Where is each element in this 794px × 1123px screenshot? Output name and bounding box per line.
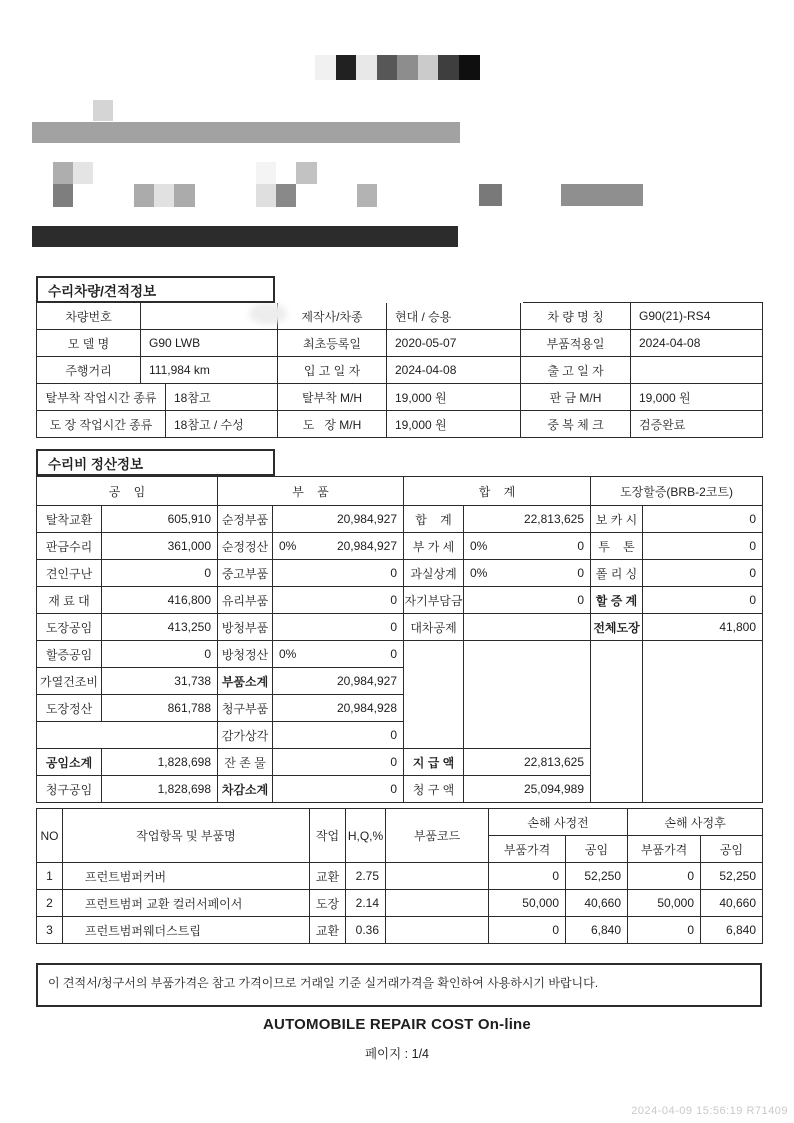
after-part-price-header: 부품가격 xyxy=(628,836,701,863)
paint-time-type-label: 도 장 작업시간 종류 xyxy=(37,411,166,438)
vehicle-section-title-label: 수리차량/견적정보 xyxy=(48,280,156,300)
surcharge-blank-cell xyxy=(643,641,763,803)
parts-value: 0 xyxy=(273,560,404,587)
redacted-block xyxy=(377,55,397,80)
model-value: G90 LWB xyxy=(141,330,278,357)
labor-value: 31,738 xyxy=(102,668,218,695)
amount: 0 xyxy=(390,620,397,634)
mileage-label: 주행거리 xyxy=(37,357,141,384)
document-page: 수리차량/견적정보 차량번호 제작사/차종 현대 / 승용 차 량 명 칭 G9… xyxy=(0,0,794,1123)
first-reg-label: 최초등록일 xyxy=(278,330,387,357)
redacted-block xyxy=(249,303,287,324)
item-part-code xyxy=(386,917,489,944)
redacted-block xyxy=(356,55,377,80)
after-assessment-header: 손해 사정후 xyxy=(628,809,763,836)
redacted-block xyxy=(357,184,377,207)
item-work: 도장 xyxy=(310,890,346,917)
rr-time-type-value: 18참고 xyxy=(166,384,278,411)
surcharge-value: 0 xyxy=(643,533,763,560)
settlement-section-title: 수리비 정산정보 xyxy=(36,449,275,476)
parts-label: 순정정산 xyxy=(218,533,273,560)
settlement-table: 공 임 부 품 합 계 도장할증(BRB-2코트) 탈착교환 605,910 순… xyxy=(36,476,763,803)
deduction-subtotal-value: 0 xyxy=(273,776,404,803)
vehicle-name-label: 차 량 명 칭 xyxy=(521,303,631,330)
redacted-block xyxy=(134,184,154,207)
col-item-header: 작업항목 및 부품명 xyxy=(63,809,310,863)
table-row: 탈부착 작업시간 종류 18참고 탈부착 M/H 19,000 원 판 금 M/… xyxy=(37,384,763,411)
item-work: 교환 xyxy=(310,917,346,944)
redacted-block xyxy=(459,55,480,80)
total-label: 대차공제 xyxy=(404,614,464,641)
timestamp: 2024-04-09 15:56:19 R71409 xyxy=(631,1105,788,1117)
work-items-table: NO 작업항목 및 부품명 작업 H,Q,% 부품코드 손해 사정전 손해 사정… xyxy=(36,808,763,944)
col-work-header: 작업 xyxy=(310,809,346,863)
claim-value: 25,094,989 xyxy=(464,776,591,803)
paint-mh-value: 19,000 원 xyxy=(387,411,521,438)
parts-label: 잔 존 물 xyxy=(218,749,273,776)
pct-amount: 0 xyxy=(273,755,403,769)
table-row: 도 장 작업시간 종류 18참고 / 수성 도 장 M/H 19,000 원 중… xyxy=(37,411,763,438)
total-value: 22,813,625 xyxy=(464,506,591,533)
sheetmetal-mh-value: 19,000 원 xyxy=(631,384,763,411)
vehicle-section-title: 수리차량/견적정보 xyxy=(36,276,275,303)
total-label: 합 계 xyxy=(404,506,464,533)
in-date-label: 입 고 일 자 xyxy=(278,357,387,384)
maker-type-value: 현대 / 승용 xyxy=(387,303,521,330)
before-assessment-header: 손해 사정전 xyxy=(489,809,628,836)
before-labor: 40,660 xyxy=(566,890,628,917)
item-name: 프런트범퍼커버 xyxy=(63,863,310,890)
pct: 0% xyxy=(279,539,296,553)
redacted-block xyxy=(93,100,113,121)
labor-value: 0 xyxy=(102,560,218,587)
document-title: AUTOMOBILE REPAIR COST On-line xyxy=(0,1016,794,1033)
labor-label: 견인구난 xyxy=(37,560,102,587)
labor-label: 가열건조비 xyxy=(37,668,102,695)
model-label: 모 델 명 xyxy=(37,330,141,357)
labor-label: 재 료 대 xyxy=(37,587,102,614)
redacted-block xyxy=(256,184,276,207)
parts-apply-value: 2024-04-08 xyxy=(631,330,763,357)
item-name: 프런트범퍼웨더스트립 xyxy=(63,917,310,944)
labor-value: 413,250 xyxy=(102,614,218,641)
before-part-price: 0 xyxy=(489,917,566,944)
item-part-code xyxy=(386,890,489,917)
rr-mh-label: 탈부착 M/H xyxy=(278,384,387,411)
surcharge-subtotal-value: 0 xyxy=(643,587,763,614)
parts-label: 유리부품 xyxy=(218,587,273,614)
before-part-price-header: 부품가격 xyxy=(489,836,566,863)
parts-value: 0%20,984,927 xyxy=(273,533,404,560)
redacted-block xyxy=(438,55,459,80)
parts-value: 0%0 xyxy=(273,641,404,668)
labor-label: 할증공임 xyxy=(37,641,102,668)
amount: 20,984,928 xyxy=(337,701,397,715)
amount: 0 xyxy=(390,728,397,742)
table-row: 재 료 대 416,800 유리부품 0 자기부담금 0 할 증 계 0 xyxy=(37,587,763,614)
pct-amount: 0 xyxy=(273,566,403,580)
rr-mh-value: 19,000 원 xyxy=(387,384,521,411)
surcharge-value: 0 xyxy=(643,560,763,587)
pct: 0% xyxy=(470,566,487,580)
total-value: 0%0 xyxy=(464,560,591,587)
labor-label: 판금수리 xyxy=(37,533,102,560)
labor-label: 탈착교환 xyxy=(37,506,102,533)
table-row: 탈착교환 605,910 순정부품 20,984,927 합 계 22,813,… xyxy=(37,506,763,533)
redacted-block xyxy=(174,184,195,207)
item-hq: 2.75 xyxy=(346,863,386,890)
parts-label: 방청정산 xyxy=(218,641,273,668)
pct-amount: 0%0 xyxy=(464,566,590,580)
after-labor: 52,250 xyxy=(701,863,763,890)
group-labor-header: 공 임 xyxy=(37,477,218,506)
in-date-value: 2024-04-08 xyxy=(387,357,521,384)
surcharge-label: 보 카 시 xyxy=(591,506,643,533)
table-row: 모 델 명 G90 LWB 최초등록일 2020-05-07 부품적용일 202… xyxy=(37,330,763,357)
work-item-row: 2 프런트범퍼 교환 컬러서페이서 도장 2.14 50,000 40,660 … xyxy=(37,890,763,917)
parts-value: 0 xyxy=(273,614,404,641)
parts-subtotal-label: 부품소계 xyxy=(218,668,273,695)
labor-value: 861,788 xyxy=(102,695,218,722)
total-blank-cell xyxy=(404,641,464,749)
paint-mh-label: 도 장 M/H xyxy=(278,411,387,438)
after-labor: 40,660 xyxy=(701,890,763,917)
labor-subtotal-value: 1,828,698 xyxy=(102,749,218,776)
work-header-row: NO 작업항목 및 부품명 작업 H,Q,% 부품코드 손해 사정전 손해 사정… xyxy=(37,809,763,836)
after-part-price: 50,000 xyxy=(628,890,701,917)
rr-time-type-label: 탈부착 작업시간 종류 xyxy=(37,384,166,411)
pct-amount: 22,813,625 xyxy=(464,512,590,526)
labor-blank-cell xyxy=(37,722,218,749)
amount: 0 xyxy=(390,647,397,661)
pct-amount: 0 xyxy=(273,620,403,634)
item-hq: 0.36 xyxy=(346,917,386,944)
parts-apply-label: 부품적용일 xyxy=(521,330,631,357)
labor-subtotal-label: 공임소계 xyxy=(37,749,102,776)
labor-value: 361,000 xyxy=(102,533,218,560)
surcharge-label: 투 톤 xyxy=(591,533,643,560)
mileage-value: 111,984 km xyxy=(141,357,278,384)
pct-amount: 20,984,928 xyxy=(273,701,403,715)
after-part-price: 0 xyxy=(628,863,701,890)
notice-text: 이 견적서/청구서의 부품가격은 참고 가격이므로 거래일 기준 실거래가격을 … xyxy=(48,976,598,990)
redacted-block xyxy=(418,55,438,80)
col-partcode-header: 부품코드 xyxy=(386,809,489,863)
redacted-block xyxy=(276,184,296,207)
amount: 22,813,625 xyxy=(524,512,584,526)
before-labor: 6,840 xyxy=(566,917,628,944)
dup-check-value: 검증완료 xyxy=(631,411,763,438)
redacted-block xyxy=(336,55,356,80)
redacted-block xyxy=(277,294,523,303)
amount: 0 xyxy=(577,539,584,553)
redacted-block xyxy=(154,184,174,207)
table-row: 도장공임 413,250 방청부품 0 대차공제 전체도장 41,800 xyxy=(37,614,763,641)
table-row: 주행거리 111,984 km 입 고 일 자 2024-04-08 출 고 일… xyxy=(37,357,763,384)
maker-type-label: 제작사/차종 xyxy=(278,303,387,330)
item-no: 1 xyxy=(37,863,63,890)
surcharge-value: 0 xyxy=(643,506,763,533)
total-blank-cell xyxy=(464,641,591,749)
sheetmetal-mh-label: 판 금 M/H xyxy=(521,384,631,411)
pct-amount: 0 xyxy=(273,782,403,796)
redacted-block xyxy=(32,226,458,247)
before-part-price: 50,000 xyxy=(489,890,566,917)
amount: 0 xyxy=(390,755,397,769)
amount: 0 xyxy=(577,593,584,607)
first-reg-value: 2020-05-07 xyxy=(387,330,521,357)
parts-label: 순정부품 xyxy=(218,506,273,533)
group-total-header: 합 계 xyxy=(404,477,591,506)
settlement-section-title-label: 수리비 정산정보 xyxy=(48,453,143,473)
amount: 20,984,927 xyxy=(337,539,397,553)
amount: 0 xyxy=(390,782,397,796)
item-part-code xyxy=(386,863,489,890)
parts-value: 20,984,927 xyxy=(273,506,404,533)
labor-value: 1,828,698 xyxy=(102,776,218,803)
amount: 0 xyxy=(390,593,397,607)
vehicle-name-value: G90(21)-RS4 xyxy=(631,303,763,330)
group-surcharge-header: 도장할증(BRB-2코트) xyxy=(591,477,763,506)
amount: 20,984,927 xyxy=(337,512,397,526)
col-no-header: NO xyxy=(37,809,63,863)
pct-amount: 0%0 xyxy=(273,647,403,661)
table-row: 할증공임 0 방청정산 0%0 xyxy=(37,641,763,668)
after-labor-header: 공임 xyxy=(701,836,763,863)
labor-label: 도장공임 xyxy=(37,614,102,641)
pct: 0% xyxy=(470,539,487,553)
labor-label: 청구공임 xyxy=(37,776,102,803)
pct-amount: 0 xyxy=(273,728,403,742)
parts-label: 방청부품 xyxy=(218,614,273,641)
pct: 0% xyxy=(279,647,296,661)
col-hq-header: H,Q,% xyxy=(346,809,386,863)
parts-value: 20,984,928 xyxy=(273,695,404,722)
before-labor-header: 공임 xyxy=(566,836,628,863)
item-work: 교환 xyxy=(310,863,346,890)
total-value: 0 xyxy=(464,587,591,614)
vehicle-no-label: 차량번호 xyxy=(37,303,141,330)
labor-value: 605,910 xyxy=(102,506,218,533)
parts-value: 0 xyxy=(273,722,404,749)
redacted-block xyxy=(53,162,73,184)
work-item-row: 1 프런트범퍼커버 교환 2.75 0 52,250 0 52,250 xyxy=(37,863,763,890)
redacted-block xyxy=(315,55,336,80)
claim-label: 청 구 액 xyxy=(404,776,464,803)
amount: 20,984,927 xyxy=(337,674,397,688)
redacted-block xyxy=(397,55,418,80)
group-parts-header: 부 품 xyxy=(218,477,404,506)
item-no: 3 xyxy=(37,917,63,944)
full-paint-label: 전체도장 xyxy=(591,614,643,641)
pct-amount: 20,984,927 xyxy=(273,512,403,526)
redacted-block xyxy=(561,184,643,206)
redacted-block xyxy=(479,184,502,206)
pct-amount: 0 xyxy=(273,593,403,607)
pct-amount: 20,984,927 xyxy=(273,674,403,688)
parts-label: 중고부품 xyxy=(218,560,273,587)
amount: 0 xyxy=(390,566,397,580)
full-paint-value: 41,800 xyxy=(643,614,763,641)
parts-value: 0 xyxy=(273,749,404,776)
deduction-subtotal-label: 차감소계 xyxy=(218,776,273,803)
work-item-row: 3 프런트범퍼웨더스트립 교환 0.36 0 6,840 0 6,840 xyxy=(37,917,763,944)
out-date-label: 출 고 일 자 xyxy=(521,357,631,384)
item-name: 프런트범퍼 교환 컬러서페이서 xyxy=(63,890,310,917)
pct-amount: 0 xyxy=(464,593,590,607)
parts-value: 0 xyxy=(273,587,404,614)
surcharge-label: 폴 리 싱 xyxy=(591,560,643,587)
paint-time-type-value: 18참고 / 수성 xyxy=(166,411,278,438)
payment-label: 지 급 액 xyxy=(404,749,464,776)
before-labor: 52,250 xyxy=(566,863,628,890)
labor-value: 0 xyxy=(102,641,218,668)
labor-label: 도장정산 xyxy=(37,695,102,722)
item-hq: 2.14 xyxy=(346,890,386,917)
settlement-group-header-row: 공 임 부 품 합 계 도장할증(BRB-2코트) xyxy=(37,477,763,506)
payment-value: 22,813,625 xyxy=(464,749,591,776)
table-row: 견인구난 0 중고부품 0 과실상계 0%0 폴 리 싱 0 xyxy=(37,560,763,587)
parts-label: 청구부품 xyxy=(218,695,273,722)
total-value: 0%0 xyxy=(464,533,591,560)
total-label: 자기부담금 xyxy=(404,587,464,614)
page-number: 페이지 : 1/4 xyxy=(0,1044,794,1062)
notice-box: 이 견적서/청구서의 부품가격은 참고 가격이므로 거래일 기준 실거래가격을 … xyxy=(36,963,762,1007)
labor-value: 416,800 xyxy=(102,587,218,614)
surcharge-blank-cell xyxy=(591,641,643,803)
after-part-price: 0 xyxy=(628,917,701,944)
total-label: 부 가 세 xyxy=(404,533,464,560)
dup-check-label: 중 복 체 크 xyxy=(521,411,631,438)
surcharge-subtotal-label: 할 증 계 xyxy=(591,587,643,614)
redacted-block xyxy=(73,162,93,184)
total-label: 과실상계 xyxy=(404,560,464,587)
after-labor: 6,840 xyxy=(701,917,763,944)
pct-amount: 0%0 xyxy=(464,539,590,553)
table-row: 판금수리 361,000 순정정산 0%20,984,927 부 가 세 0%0… xyxy=(37,533,763,560)
before-part-price: 0 xyxy=(489,863,566,890)
redacted-block xyxy=(53,184,73,207)
amount: 0 xyxy=(577,566,584,580)
out-date-value xyxy=(631,357,763,384)
parts-label: 감가상각 xyxy=(218,722,273,749)
total-value xyxy=(464,614,591,641)
redacted-block xyxy=(296,162,317,184)
redacted-block xyxy=(32,122,460,143)
parts-subtotal-value: 20,984,927 xyxy=(273,668,404,695)
item-no: 2 xyxy=(37,890,63,917)
pct-amount: 0%20,984,927 xyxy=(273,539,403,553)
redacted-block xyxy=(256,162,276,184)
